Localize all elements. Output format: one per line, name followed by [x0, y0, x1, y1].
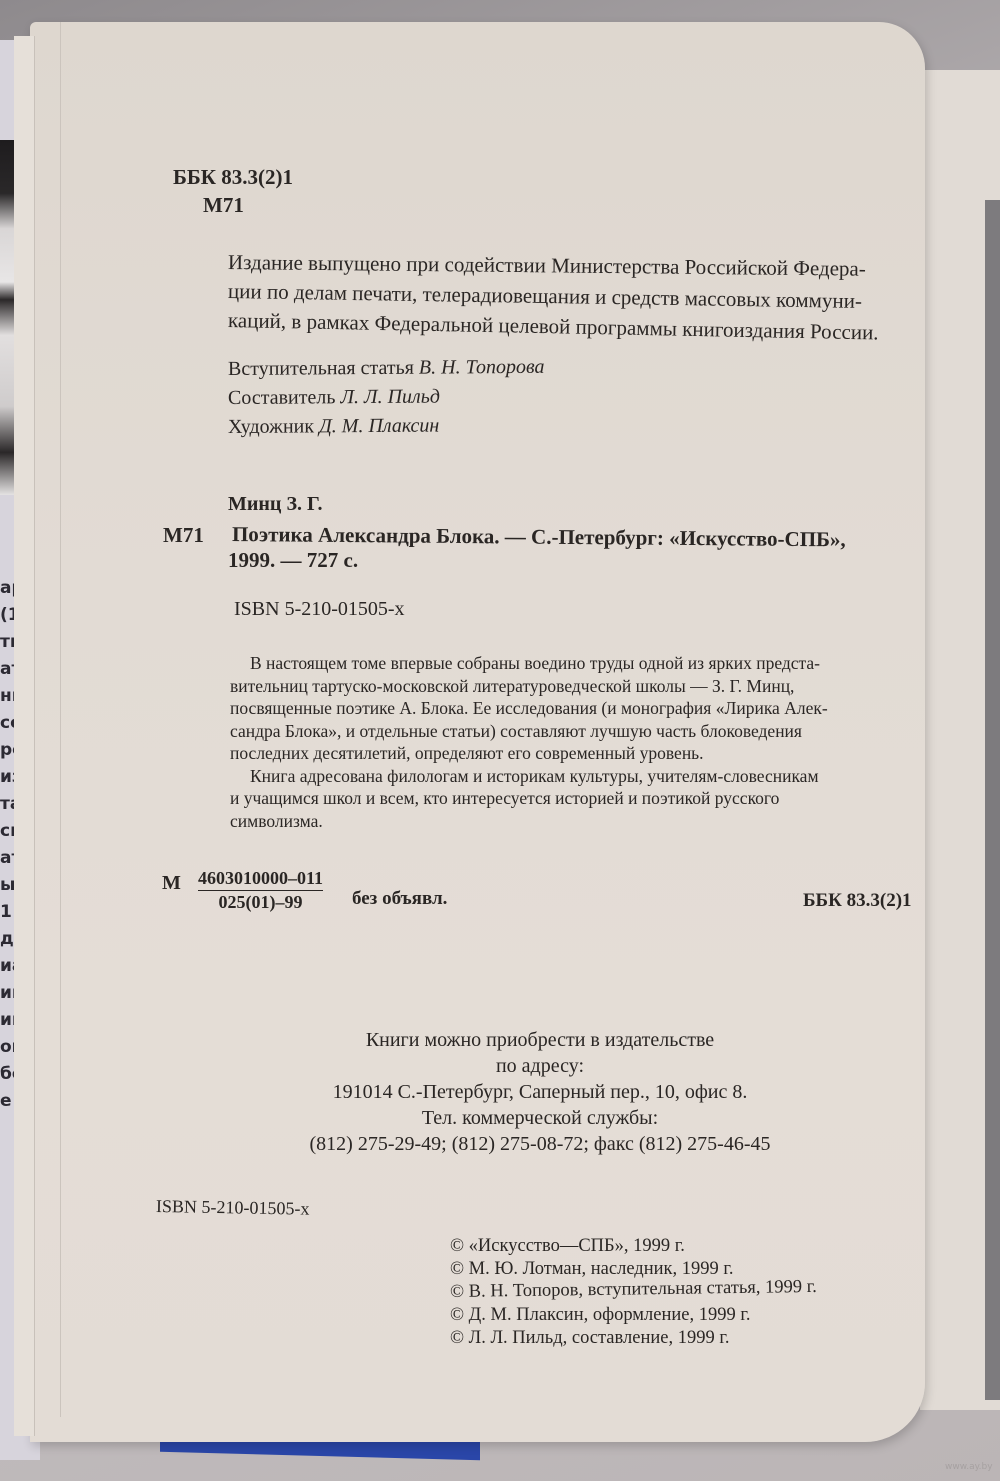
author-sign-mid: М71	[163, 523, 204, 548]
annotation-line: вительниц тартуско-московской литературо…	[230, 675, 920, 698]
annotation-line: последних десятилетий, определяют его со…	[230, 742, 920, 765]
credit-line: Вступительная статья В. Н. Топорова	[228, 353, 545, 384]
author-sign: М71	[203, 193, 244, 218]
catalog-index-fraction: 4603010000–011 025(01)–99	[198, 868, 323, 913]
purchase-line: Тел. коммерческой службы:	[270, 1105, 810, 1131]
credit-role: Художник	[228, 415, 314, 438]
publication-notice: Издание выпущено при содействии Министер…	[228, 248, 879, 335]
copyright-line: © Д. М. Плаксин, оформление, 1999 г.	[450, 1304, 817, 1327]
fraction-numerator: 4603010000–011	[198, 868, 323, 891]
purchase-line: 191014 С.-Петербург, Саперный пер., 10, …	[270, 1079, 810, 1105]
annotation-line: В настоящем томе впервые собраны воедино…	[230, 652, 920, 675]
copyright-notices: © «Искусство—СПБ», 1999 г. © М. Ю. Лотма…	[450, 1235, 817, 1350]
copyright-line: © Л. Л. Пильд, составление, 1999 г.	[450, 1327, 817, 1350]
annotation-line: сандра Блока», и отдельные статьи) соста…	[230, 720, 920, 743]
annotation-line: Книга адресована филологам и историкам к…	[230, 765, 920, 788]
isbn-number-bottom: ISBN 5-210-01505-х	[156, 1196, 310, 1220]
credit-name: Л. Л. Пильд	[340, 386, 440, 409]
credit-role: Вступительная статья	[228, 357, 414, 380]
m-letter: М	[162, 872, 181, 895]
credit-line: Составитель Л. Л. Пильд	[228, 382, 545, 413]
no-ad-note: без объявл.	[352, 888, 447, 910]
purchase-line: по адресу:	[270, 1053, 810, 1079]
copyright-line: © В. Н. Топоров, вступительная статья, 1…	[450, 1276, 817, 1304]
author-heading: Минц З. Г.	[228, 493, 322, 516]
isbn-number: ISBN 5-210-01505-х	[234, 598, 405, 621]
copyright-line: © «Искусство—СПБ», 1999 г.	[450, 1235, 817, 1258]
credits-block: Вступительная статья В. Н. Топорова Сост…	[228, 355, 545, 442]
annotation-line: посвященные поэтике А. Блока. Ее исследо…	[230, 697, 920, 720]
credit-line: Художник Д. М. Плаксин	[228, 411, 545, 442]
bibliographic-description-cont: 1999. — 727 с.	[228, 548, 358, 573]
bbk-classification: ББК 83.3(2)1	[173, 165, 293, 190]
purchase-line: (812) 275-29-49; (812) 275-08-72; факс (…	[270, 1131, 810, 1157]
bbk-classification-bottom: ББК 83.3(2)1	[803, 890, 912, 912]
purchase-info: Книги можно приобрести в издательстве по…	[270, 1027, 810, 1157]
fraction-denominator: 025(01)–99	[198, 891, 323, 913]
annotation-line: и учащимся школ и всем, кто интересуется…	[230, 787, 920, 810]
watermark: www.ay.by	[945, 1462, 993, 1472]
credit-name: В. Н. Топорова	[419, 356, 545, 379]
credit-name: Д. М. Плаксин	[319, 415, 439, 438]
annotation-line: символизма.	[230, 810, 920, 833]
credit-role: Составитель	[228, 386, 336, 409]
annotation: В настоящем томе впервые собраны воедино…	[230, 652, 920, 832]
purchase-line: Книги можно приобрести в издательстве	[270, 1027, 810, 1053]
page-content: ББК 83.3(2)1 М71 Издание выпущено при со…	[0, 0, 1000, 1481]
